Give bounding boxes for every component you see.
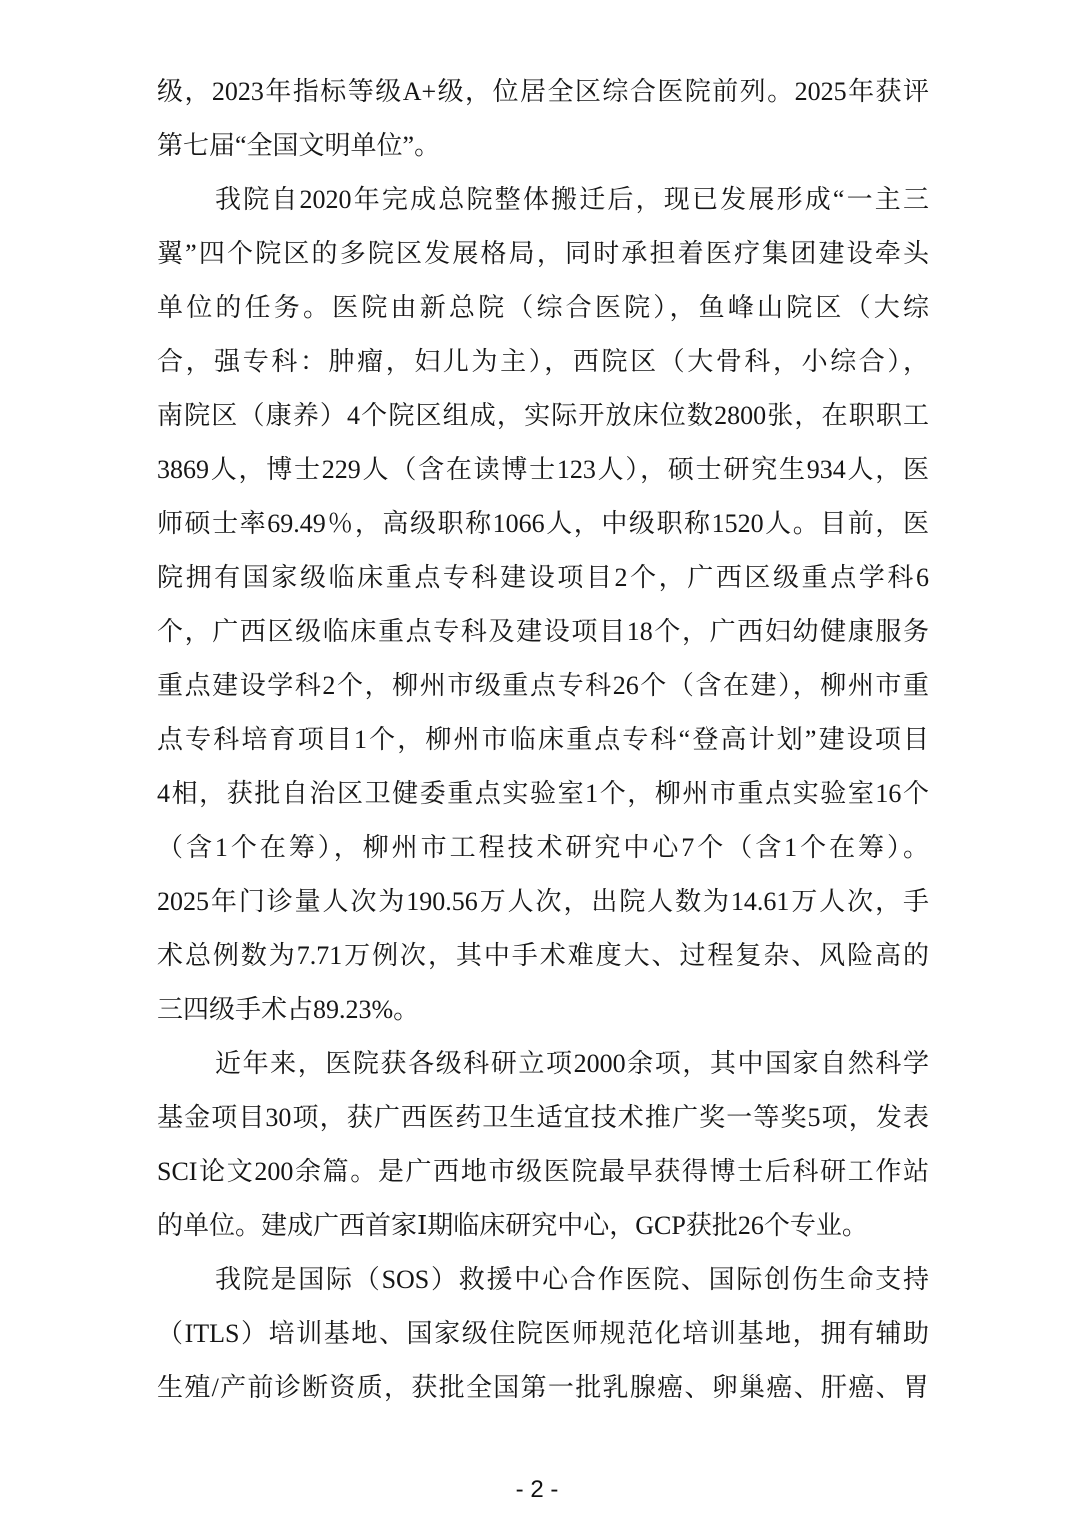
- text-line: 合，强专科：肿瘤，妇儿为主），西院区（大骨科，小综合），: [157, 335, 929, 389]
- text-line: 师硕士率69.49％，高级职称1066人，中级职称1520人。目前，医: [157, 497, 929, 551]
- page-number: - 2 -: [516, 1476, 559, 1503]
- text-line: 翼”四个院区的多院区发展格局，同时承担着医疗集团建设牵头: [157, 227, 929, 281]
- text-line: 三四级手术占89.23%。: [157, 983, 929, 1037]
- text-line: 术总例数为7.71万例次，其中手术难度大、过程复杂、风险高的: [157, 929, 929, 983]
- text-line: 4相，获批自治区卫健委重点实验室1个，柳州市重点实验室16个: [157, 767, 929, 821]
- text-line: 级，2023年指标等级A+级，位居全区综合医院前列。2025年获评: [157, 65, 929, 119]
- text-line: 我院是国际（SOS）救援中心合作医院、国际创伤生命支持: [157, 1253, 929, 1307]
- page-footer: - 2 -: [0, 1474, 1074, 1506]
- text-line: 生殖/产前诊断资质，获批全国第一批乳腺癌、卵巢癌、肝癌、胃: [157, 1361, 929, 1415]
- text-line: 点专科培育项目1个，柳州市临床重点专科“登高计划”建设项目: [157, 713, 929, 767]
- text-line: 基金项目30项，获广西医药卫生适宜技术推广奖一等奖5项，发表: [157, 1091, 929, 1145]
- text-line: （ITLS）培训基地、国家级住院医师规范化培训基地，拥有辅助: [157, 1307, 929, 1361]
- text-line: 院拥有国家级临床重点专科建设项目2个，广西区级重点学科6: [157, 551, 929, 605]
- text-line: 我院自2020年完成总院整体搬迁后，现已发展形成“一主三: [157, 173, 929, 227]
- text-line: 近年来，医院获各级科研立项2000余项，其中国家自然科学: [157, 1037, 929, 1091]
- text-line: 重点建设学科2个，柳州市级重点专科26个（含在建），柳州市重: [157, 659, 929, 713]
- document-body: 级，2023年指标等级A+级，位居全区综合医院前列。2025年获评第七届“全国文…: [157, 65, 929, 1415]
- text-line: 南院区（康养）4个院区组成，实际开放床位数2800张，在职职工: [157, 389, 929, 443]
- text-line: 2025年门诊量人次为190.56万人次，出院人数为14.61万人次，手: [157, 875, 929, 929]
- text-line: 的单位。建成广西首家Ⅰ期临床研究中心，GCP获批26个专业。: [157, 1199, 929, 1253]
- text-line: 第七届“全国文明单位”。: [157, 119, 929, 173]
- text-line: 个，广西区级临床重点专科及建设项目18个，广西妇幼健康服务: [157, 605, 929, 659]
- text-line: 3869人，博士229人（含在读博士123人），硕士研究生934人，医: [157, 443, 929, 497]
- text-line: SCI论文200余篇。是广西地市级医院最早获得博士后科研工作站: [157, 1145, 929, 1199]
- text-line: 单位的任务。医院由新总院（综合医院），鱼峰山院区（大综: [157, 281, 929, 335]
- text-line: （含1个在筹），柳州市工程技术研究中心7个（含1个在筹）。: [157, 821, 929, 875]
- document-page: 级，2023年指标等级A+级，位居全区综合医院前列。2025年获评第七届“全国文…: [0, 0, 1074, 1520]
